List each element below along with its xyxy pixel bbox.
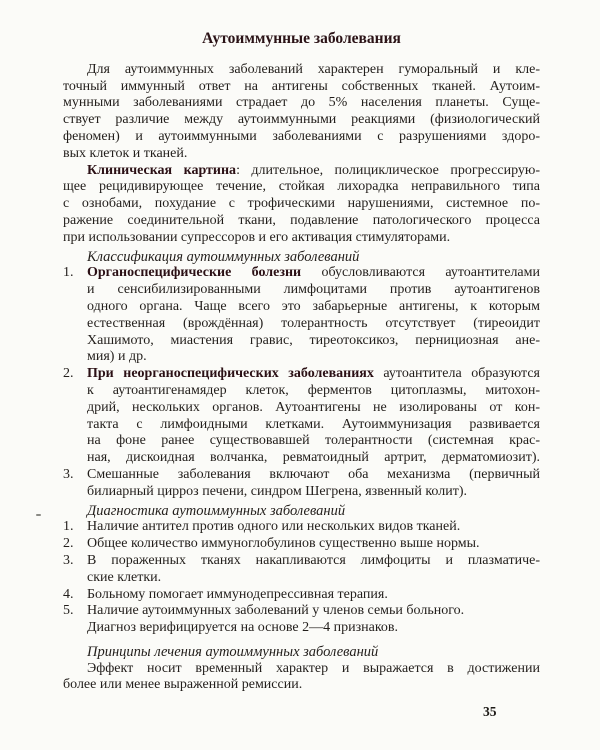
item-text: В пораженных тканях накапливаются лимфоц… [87, 553, 540, 587]
item-text: Наличие антител против одного или нескол… [87, 519, 540, 536]
scan-artifact [36, 514, 41, 516]
text-line: ские клетки. [87, 570, 540, 587]
item-text: Больному помогает иммунодепрессивная тер… [87, 587, 540, 604]
bold-lead: Клиническая картина [87, 163, 236, 178]
text-line: такта с лимфоидными клетками. Аутоиммуни… [87, 417, 540, 434]
text-line: на фоне ранее существовавшей толерантнос… [87, 433, 540, 450]
bold-lead: Органоспецифические болезни [87, 265, 301, 280]
text-line: более или менее выраженной ремиссии. [63, 677, 540, 694]
lead-rest: аутоантитела образуются [374, 366, 540, 381]
text-line: билиарный цирроз печени, синдром Шегрена… [87, 484, 540, 501]
text-line: мунными заболеваниями страдает до 5% нас… [63, 95, 540, 112]
page-title: Аутоиммунные заболевания [63, 31, 540, 48]
list-item: 1. Наличие антител против одного или нес… [63, 519, 540, 536]
item-number: 1. [63, 519, 87, 536]
text-line: мия) и др. [87, 349, 540, 366]
text-line: к аутоантигенамядер клеток, ферментов ци… [87, 383, 540, 400]
text-line: вых клеток и тканей. [63, 146, 540, 163]
text-line: с ознобами, похудание с трофическими нар… [63, 196, 540, 213]
list-item: 1. Органоспецифические болезни обусловли… [63, 265, 540, 366]
text-line: Больному помогает иммунодепрессивная тер… [87, 587, 540, 604]
bold-lead: При неорганоспецифических заболеваниях [87, 366, 374, 381]
item-number: 3. [63, 553, 87, 587]
item-number: 1. [63, 265, 87, 366]
text-line: дрий, нескольких органов. Аутоантигены н… [87, 400, 540, 417]
item-text: При неорганоспецифических заболеваниях а… [87, 366, 540, 467]
text-line: Органоспецифические болезни обусловливаю… [87, 265, 540, 282]
text-line: Наличие антител против одного или нескол… [87, 519, 540, 536]
item-number: 2. [63, 366, 87, 467]
text-line: при использовании супрессоров и его акти… [63, 230, 540, 247]
item-text: Органоспецифические болезни обусловливаю… [87, 265, 540, 366]
item-number: 4. [63, 587, 87, 604]
list-item: 4. Больному помогает иммунодепрессивная … [63, 587, 540, 604]
text-line: щее рецидивирующее течение, стойкая лихо… [63, 179, 540, 196]
text-line: Диагноз верифицируется на основе 2—4 при… [87, 620, 540, 637]
text-line: ная, дискоидная волчанка, ревматоидный а… [87, 450, 540, 467]
text-line: Для аутоиммунных заболеваний характерен … [63, 62, 540, 79]
text-line: Клиническая картина: длительное, полицик… [63, 163, 540, 180]
text-line: ражение соединительной ткани, подавление… [63, 213, 540, 230]
treatment-paragraph: Эффект носит временный характер и выража… [63, 661, 540, 695]
text-line: одного органа. Чаще всего это забарьерны… [87, 299, 540, 316]
diagnostics-heading: Диагностика аутоиммунных заболеваний [63, 503, 540, 520]
text-line: Эффект носит временный характер и выража… [63, 661, 540, 678]
lead-rest: Смешанные заболевания включают оба механ… [87, 467, 540, 482]
list-item: 3. В пораженных тканях накапливаются лим… [63, 553, 540, 587]
page-number: 35 [483, 704, 497, 720]
text-line: Хашимото, миастения гравис, тиреотоксико… [87, 333, 540, 350]
classification-heading: Классификация аутоиммунных заболеваний [63, 249, 540, 266]
text-line: и сенсибилизированными лимфоцитами проти… [87, 282, 540, 299]
clinical-picture-paragraph: Клиническая картина: длительное, полицик… [63, 163, 540, 247]
item-number: 3. [63, 467, 87, 501]
list-item: 2. Общее количество иммуноглобулинов сущ… [63, 536, 540, 553]
text-line: При неорганоспецифических заболеваниях а… [87, 366, 540, 383]
book-page: Аутоиммунные заболевания Для аутоиммунны… [0, 0, 600, 750]
list-item: 5. Наличие аутоиммунных заболеваний у чл… [63, 603, 540, 637]
item-number: 2. [63, 536, 87, 553]
intro-paragraph: Для аутоиммунных заболеваний характерен … [63, 62, 540, 163]
treatment-heading: Принципы лечения аутоиммунных заболевани… [63, 644, 540, 661]
item-text: Общее количество иммуноглобулинов сущест… [87, 536, 540, 553]
text-line: ствует различие между аутоиммунными реак… [63, 112, 540, 129]
text-line: Смешанные заболевания включают оба механ… [87, 467, 540, 484]
text-line: естественная (врождённая) толерантность … [87, 316, 540, 333]
text-line: феномен) и аутоиммунными заболеваниями с… [63, 129, 540, 146]
text-line: Общее количество иммуноглобулинов сущест… [87, 536, 540, 553]
lead-rest: : длительное, полициклическое прогрессир… [236, 163, 540, 178]
list-item: 3. Смешанные заболевания включают оба ме… [63, 467, 540, 501]
list-item: 2. При неорганоспецифических заболевания… [63, 366, 540, 467]
text-line: Наличие аутоиммунных заболеваний у члено… [87, 603, 540, 620]
text-line: точный иммунный ответ на антигены собств… [63, 79, 540, 96]
item-text: Наличие аутоиммунных заболеваний у члено… [87, 603, 540, 637]
item-text: Смешанные заболевания включают оба механ… [87, 467, 540, 501]
text-line: В пораженных тканях накапливаются лимфоц… [87, 553, 540, 570]
lead-rest: обусловливаются аутоантителами [301, 265, 540, 280]
item-number: 5. [63, 603, 87, 637]
text-block: Аутоиммунные заболевания Для аутоиммунны… [63, 31, 540, 694]
